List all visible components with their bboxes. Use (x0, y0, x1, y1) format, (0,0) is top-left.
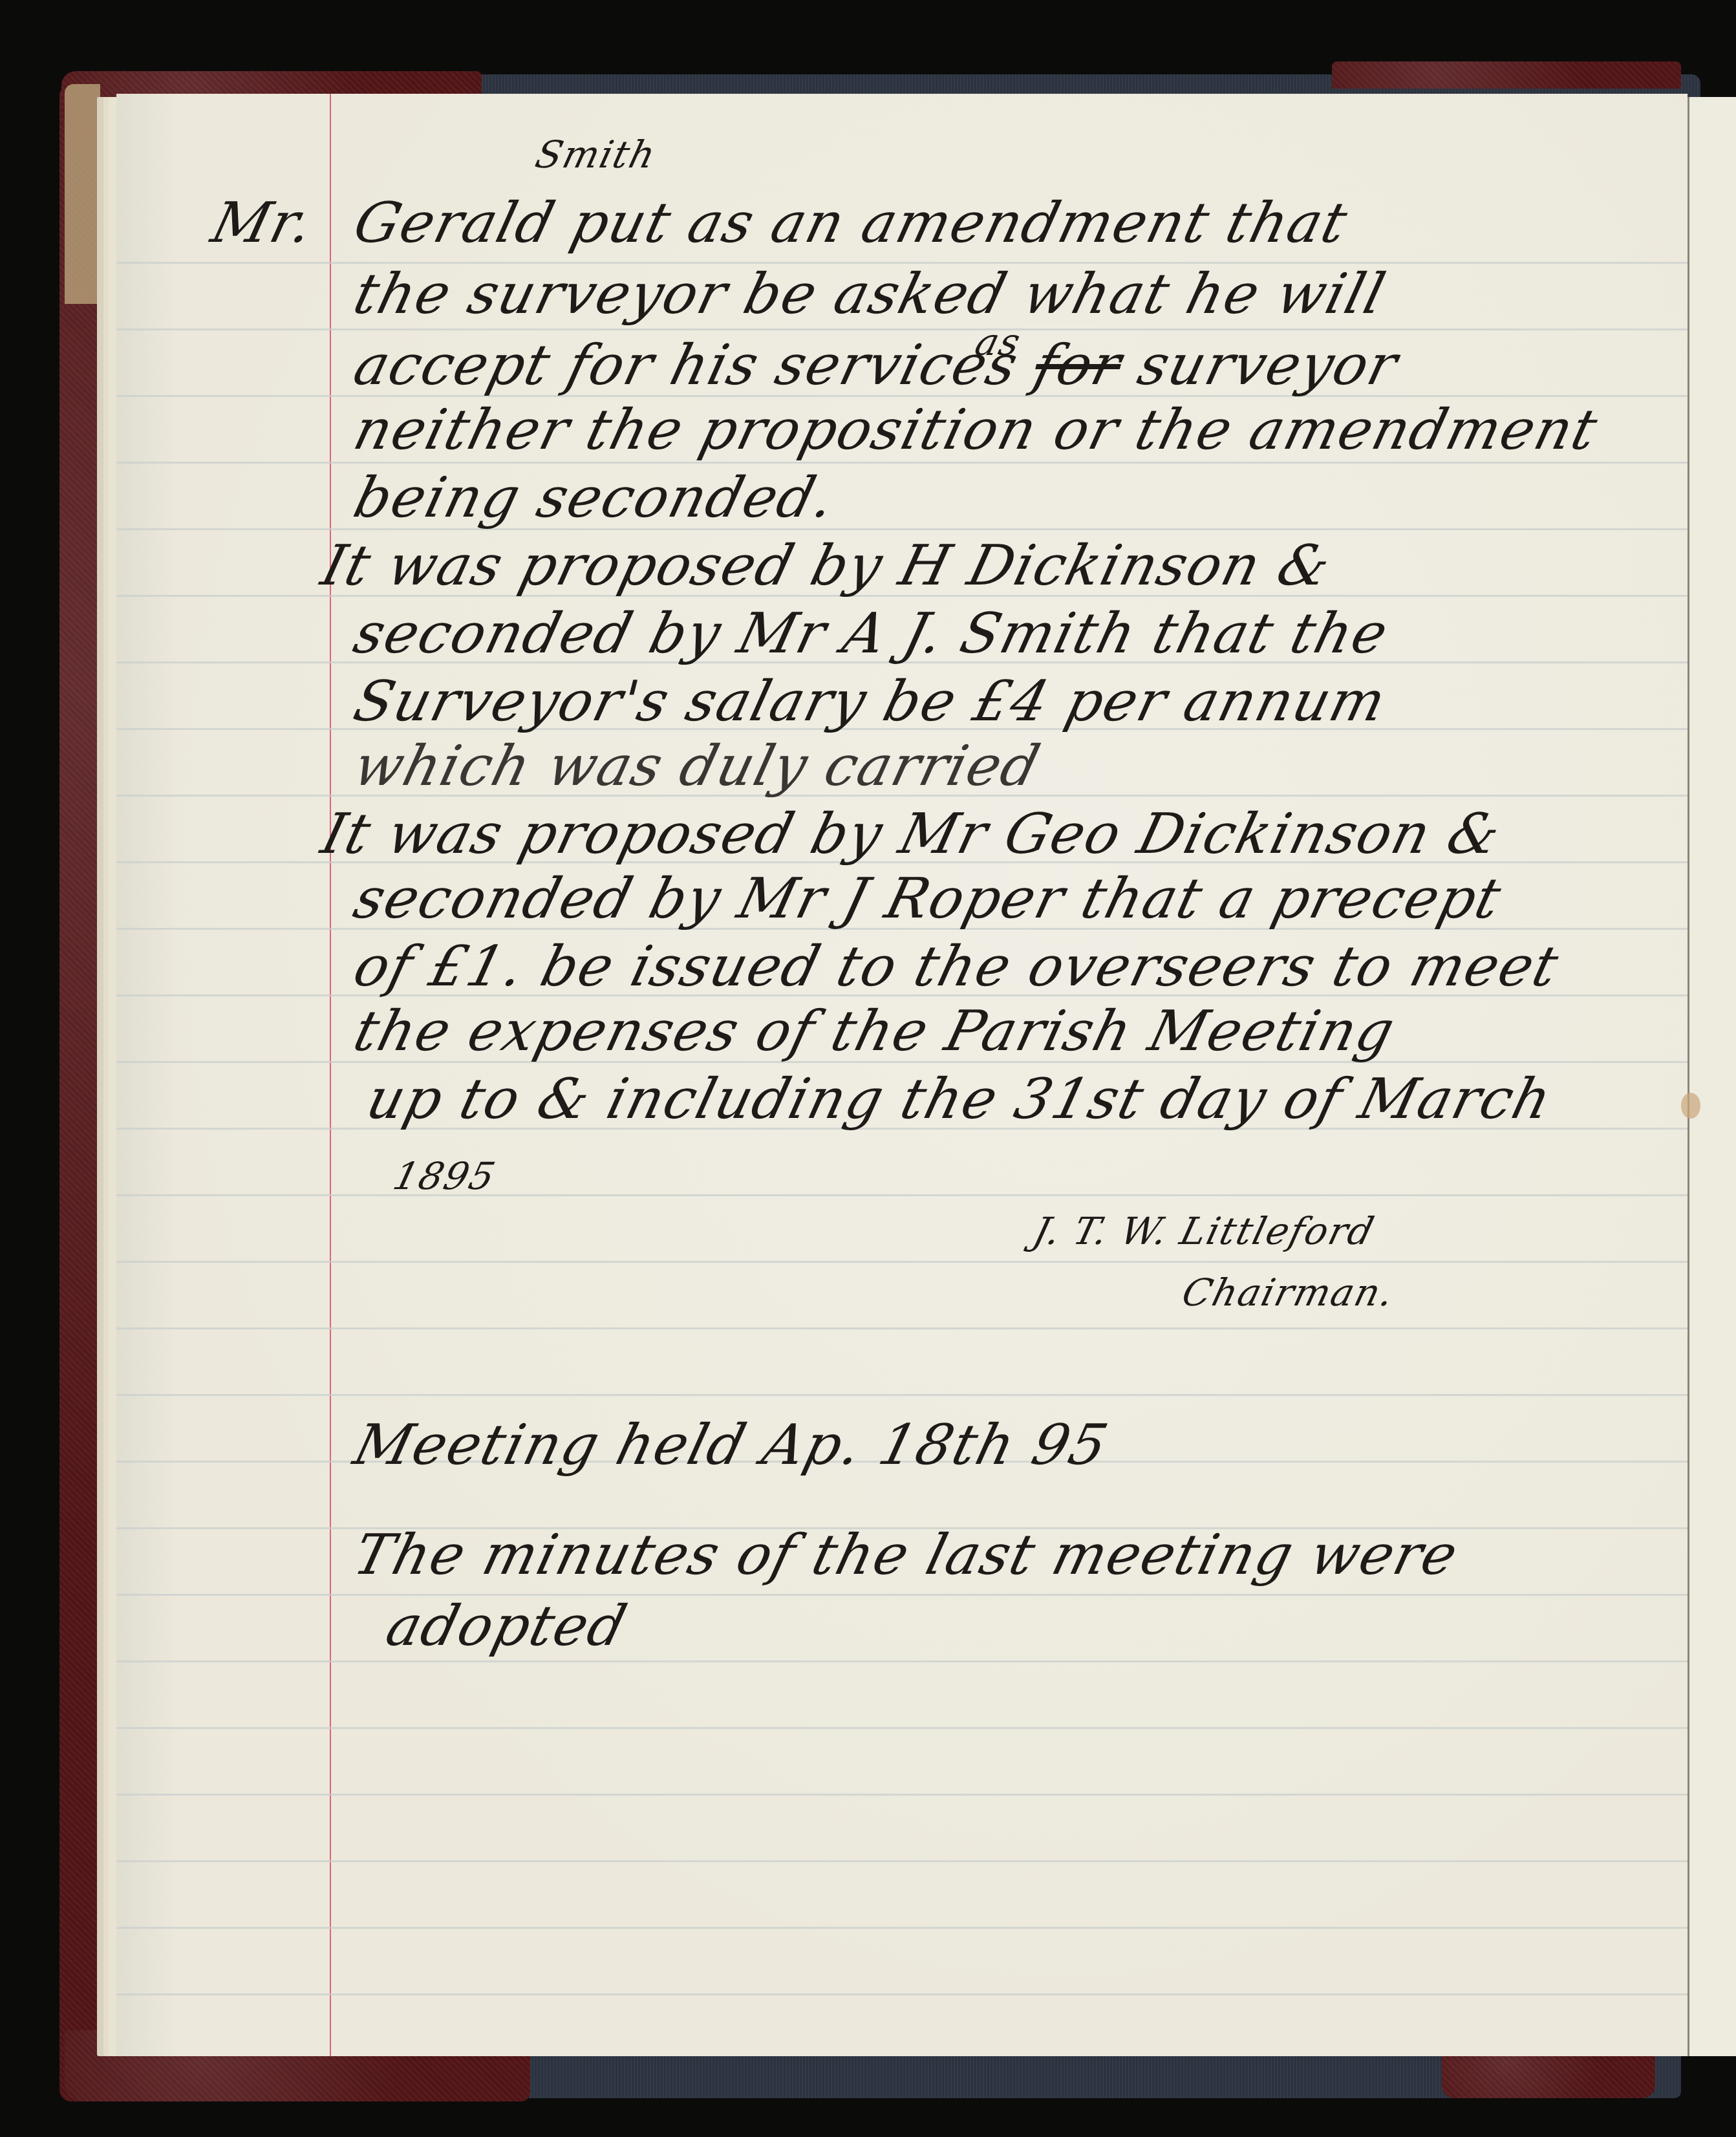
line-4: neither the proposition or the amendment (348, 398, 1605, 462)
manuscript-page: Smith Mr. Gerald put as an amendment tha… (116, 94, 1688, 2056)
line-8: Surveyor's salary be £4 per annum (348, 669, 1393, 734)
line-14: up to & including the 31st day of March (361, 1067, 1559, 1132)
ruled-line (116, 1261, 1688, 1263)
worn-corner-board (65, 84, 100, 304)
signature-name: J. T. W. Littleford (1029, 1209, 1380, 1253)
ruled-line (116, 1860, 1688, 1862)
ruled-line (116, 1927, 1688, 1929)
line-6: It was proposed by H Dickinson & (316, 533, 1338, 598)
minutes-line-2: adopted (380, 1594, 634, 1659)
line-10: It was proposed by Mr Geo Dickinson & (316, 802, 1508, 866)
minutes-line-1: The minutes of the last meeting were (348, 1523, 1465, 1587)
line-2: the surveyor be asked what he will (348, 262, 1393, 327)
meeting-heading: Meeting held Ap. 18th 95 (348, 1413, 1115, 1477)
line-3: accept for his services for surveyor (348, 333, 1405, 398)
margin-note-mr: Mr. (206, 191, 321, 255)
line-12: of £1. be issued to the overseers to mee… (348, 934, 1566, 999)
leather-corner-top-right (1332, 61, 1681, 89)
ruled-line (116, 1794, 1688, 1796)
signature-title: Chairman. (1178, 1271, 1400, 1315)
line-7: seconded by Mr A J. Smith that the (348, 601, 1395, 666)
foxing-stain (1681, 1093, 1700, 1119)
line-15-year: 1895 (389, 1154, 501, 1198)
ruled-line (116, 1394, 1688, 1396)
ruled-line (116, 1993, 1688, 1995)
line-11: seconded by Mr J Roper that a precept (348, 866, 1508, 931)
insertion-smith: Smith (531, 133, 661, 177)
facing-page-sliver (1688, 97, 1736, 2056)
ruled-line (116, 1194, 1688, 1196)
line-5: being seconded. (348, 466, 842, 530)
ruled-line (116, 1727, 1688, 1729)
ruled-line (116, 1594, 1688, 1596)
ruled-line (116, 1327, 1688, 1329)
line-9: which was duly carried (348, 734, 1047, 799)
struck-word: for (1028, 333, 1129, 398)
line-1: Gerald put as an amendment that (348, 191, 1355, 255)
ruled-line (116, 1660, 1688, 1662)
red-margin-line (330, 94, 331, 2056)
ruled-line (116, 328, 1688, 330)
line-13: the expenses of the Parish Meeting (348, 999, 1402, 1064)
